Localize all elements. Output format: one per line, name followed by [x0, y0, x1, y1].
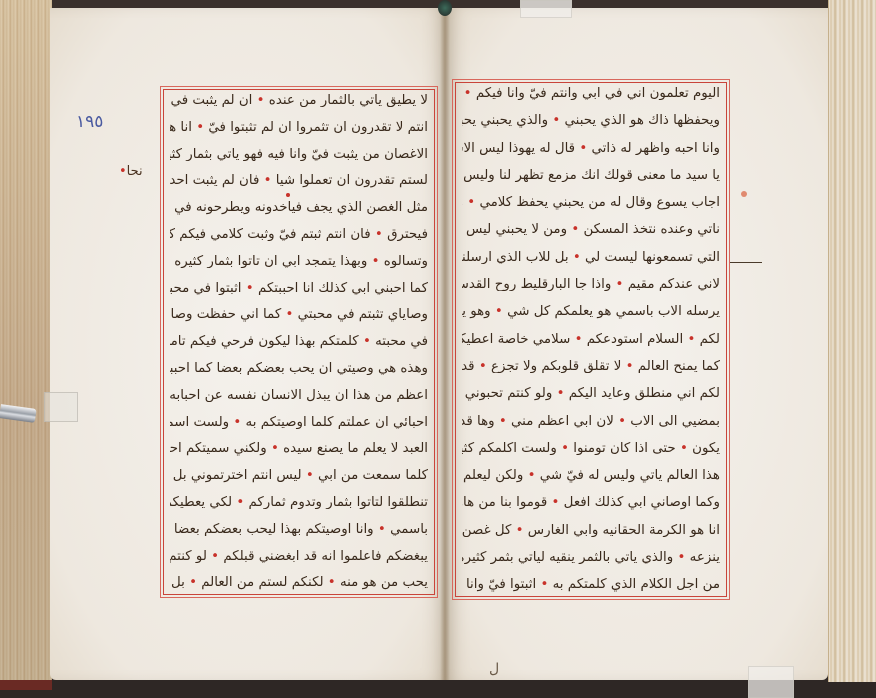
rubric-dot: •	[246, 282, 254, 295]
text-line: لستم تقدرون ان تعملوا شيا • فان لم يثبت …	[170, 174, 428, 187]
text-line: وتسالوه • وبهذا يتمجد ابي ان تاتوا بثمار…	[170, 255, 428, 268]
rubric-dot: •	[328, 576, 336, 589]
rubric-dot: •	[573, 251, 581, 264]
rubric-dot: •	[552, 496, 560, 509]
rubric-dot: •	[528, 469, 536, 482]
rubric-dot: •	[678, 551, 686, 564]
right-text-block: اليوم تعلمون اني في ابي وانتم فيّ وانا ف…	[455, 82, 727, 597]
text-line: وانا احبه واظهر له ذاتي • قال له يهوذا ل…	[462, 142, 720, 155]
rubric-dot: •	[363, 335, 371, 348]
headband	[438, 0, 452, 16]
text-line: لكم اني منطلق وعايد اليكم • ولو كنتم تحب…	[462, 387, 720, 400]
text-line: انا هو الكرمة الحقانيه وابي الغارس • كل …	[462, 524, 720, 537]
rubric-dot: •	[233, 416, 241, 429]
rubric-dot: •	[196, 121, 204, 134]
text-line: لاني عندكم مقيم • واذا جا البارقليط روح …	[462, 278, 720, 291]
right-text-lines: اليوم تعلمون اني في ابي وانتم فيّ وانا ف…	[462, 87, 720, 592]
text-line: العبد لا يعلم ما يصنع سيده • ولكني سميتك…	[170, 442, 428, 455]
text-line: احبائي ان عملتم كلما اوصيتكم به • ولست ا…	[170, 416, 428, 429]
rubric-dot: •	[516, 524, 524, 537]
rubric-dot: •	[257, 94, 265, 107]
text-line: ويحفظها ذاك هو الذي يحبني • والذي يحبني …	[462, 114, 720, 127]
rubric-dot: •	[264, 174, 272, 187]
rubric-dot: •	[561, 442, 569, 455]
rubric-dot: •	[467, 196, 475, 209]
right-fore-edge	[828, 0, 876, 682]
text-line: لكم • السلام استودعكم • سلامي خاصة اعطيك…	[462, 333, 720, 346]
marginal-note: نحا•	[119, 164, 143, 179]
marginal-pointer-line	[730, 262, 762, 263]
rubric-dot: •	[211, 550, 219, 563]
text-line: من اجل الكلام الذي كلمتكم به • اثبتوا في…	[462, 578, 720, 591]
rubric-dot: •	[575, 333, 583, 346]
manuscript-spread: ١٩٥ نحا• لا يطيق يأتي بالثمار من عنده • …	[0, 0, 876, 698]
text-line: تنطلقوا لتاتوا بثمار وتدوم ثماركم • لكي …	[170, 496, 428, 509]
text-line: مثل الغصن الذي يجف فياخدونه ويطرحونه في …	[170, 201, 428, 214]
rubric-dot: •	[479, 360, 487, 373]
rubric-dot: •	[236, 496, 244, 509]
rubric-dot: •	[372, 255, 380, 268]
text-line: ناتي وعنده نتخذ المسكن • ومن لا يحبني لي…	[462, 223, 720, 236]
bottom-mark: ﻝ	[489, 661, 499, 677]
text-line: وهذه هي وصيتي ان يحب بعضكم بعضا كما احبب…	[170, 362, 428, 375]
text-line: الاغصان من يثبت فيّ وانا فيه فهو يأتي بث…	[170, 148, 428, 161]
text-line: اعظم من هذا ان يبذل الانسان نفسه عن احبا…	[170, 389, 428, 402]
rubric-dot: •	[540, 578, 548, 591]
text-line: اليوم تعلمون اني في ابي وانتم فيّ وانا ف…	[462, 87, 720, 100]
rubric-dot: •	[680, 442, 688, 455]
rubric-dot: •	[579, 142, 587, 155]
folio-number: ١٩٥	[76, 112, 103, 132]
text-line: كما يمنح العالم • لا تقلق قلوبكم ولا تجز…	[462, 360, 720, 373]
text-line: بمضيي الى الاب • لان ابي اعظم مني • وها …	[462, 415, 720, 428]
rubric-dot: •	[189, 576, 197, 589]
text-line: فيحترق • فان انتم ثبتم فيّ وثبت كلامي في…	[170, 228, 428, 241]
text-line: اجاب يسوع وقال له من يحبني يحفظ كلامي • …	[462, 196, 720, 209]
text-line: في محبته • كلمتكم بهذا ليكون فرحي فيكم ت…	[170, 335, 428, 348]
rubric-dot: •	[616, 278, 624, 291]
bookmark-tab	[44, 392, 78, 422]
rubric-dot: •	[552, 114, 560, 127]
rubric-dot: •	[618, 415, 626, 428]
marginal-note-text: نحا	[127, 164, 143, 179]
rubric-dot: •	[378, 523, 386, 536]
rubric-dot: •	[306, 469, 314, 482]
rubric-dot: •	[271, 442, 279, 455]
rubric-dot: •	[571, 223, 579, 236]
rubric-dot: •	[626, 360, 634, 373]
margin-stain	[741, 191, 747, 197]
rubric-dot: •	[557, 387, 565, 400]
text-line: ينزعه • والذي ياتي بالثمر ينقيه لياتي بث…	[462, 551, 720, 564]
left-text-block: لا يطيق يأتي بالثمار من عنده • ان لم يثب…	[163, 89, 435, 595]
rubric-dot: •	[499, 415, 507, 428]
text-line: كما احبني ابي كذلك انا احببتكم • اثبتوا …	[170, 282, 428, 295]
rubric-dot: •	[119, 164, 127, 179]
text-line: باسمي • وانا اوصيتكم بهذا ليحب بعضكم بعض…	[170, 523, 428, 536]
gutter	[440, 10, 450, 680]
text-line: يبغضكم فاعلموا انه قد ابغضني قبلكم • لو …	[170, 550, 428, 563]
text-line: لا يطيق يأتي بالثمار من عنده • ان لم يثب…	[170, 94, 428, 107]
rubric-dot: •	[375, 228, 383, 241]
rubric-dot: •	[687, 333, 695, 346]
text-line: انتم لا تقدرون ان تثمروا ان لم تثبتوا في…	[170, 121, 428, 134]
text-line: يا سيد ما معنى قولك انك مزمع تظهر لنا ول…	[462, 169, 720, 182]
text-line: كلما سمعت من ابي • ليس انتم اخترتموني بل…	[170, 469, 428, 482]
left-fore-edge	[0, 0, 52, 690]
rubric-mark	[286, 193, 290, 197]
text-line: التي تسمعونها ليست لي • بل للاب الذي ارس…	[462, 251, 720, 264]
text-line: يحب من هو منه • لكنكم لستم من العالم • ب…	[170, 576, 428, 589]
text-line: يكون • حتى اذا كان تومنوا • ولست اكلمكم …	[462, 442, 720, 455]
text-line: وكما اوصاني ابي كذلك افعل • قوموا بنا من…	[462, 496, 720, 509]
text-line: هذا العالم ياتي وليس له فيّ شي • ولكن لي…	[462, 469, 720, 482]
left-text-lines: لا يطيق يأتي بالثمار من عنده • ان لم يثب…	[170, 94, 428, 590]
rubric-dot: •	[464, 87, 472, 100]
top-tab	[520, 0, 572, 18]
rubric-dot: •	[495, 305, 503, 318]
bottom-tab	[748, 666, 794, 698]
text-line: وصاياي تثبتم في محبتي • كما اني حفظت وصا…	[170, 308, 428, 321]
rubric-dot: •	[285, 308, 293, 321]
text-line: يرسله الاب باسمي هو يعلمكم كل شي • وهو ي…	[462, 305, 720, 318]
